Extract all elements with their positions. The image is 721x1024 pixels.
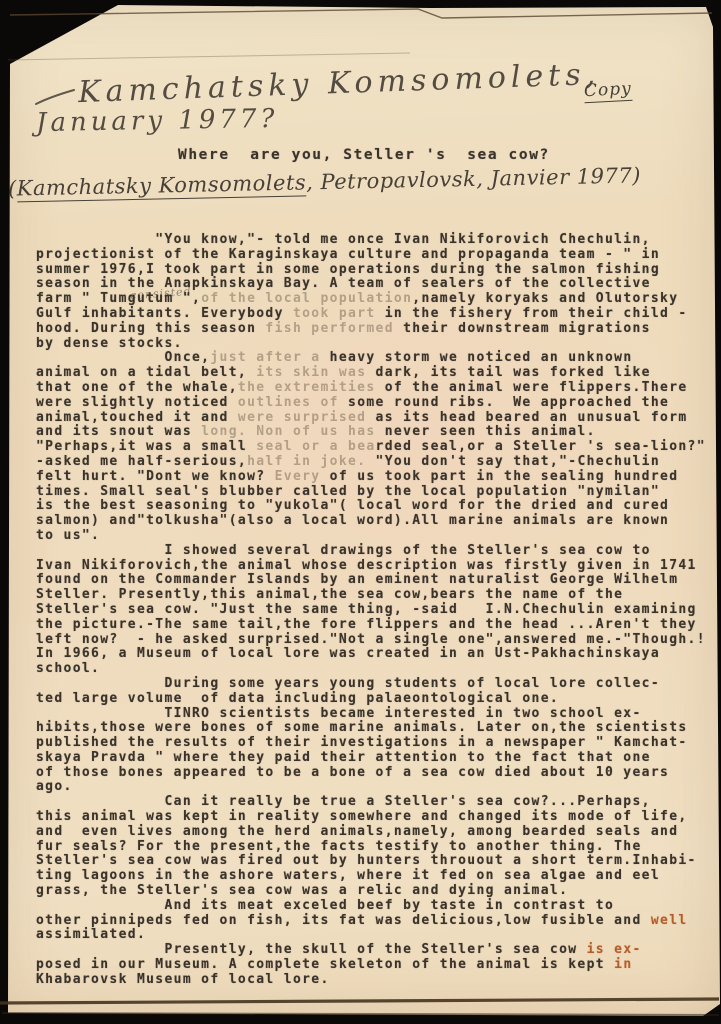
body-line: posed in our Museum. A complete skeleton… [36, 958, 718, 973]
body-line: And its meat exceled beef by taste in co… [36, 899, 718, 914]
body-line: felt hurt. "Dont we know? Every of us to… [36, 470, 718, 485]
document-title: Where are you, Steller 's sea cow? [178, 147, 550, 163]
body-line: hibits,those were bones of some marine a… [36, 721, 718, 736]
body-line: Steller. Presently,this animal,the sea c… [36, 588, 718, 603]
body-line: found on the Commander Islands by an emi… [36, 573, 718, 588]
body-line: is the best seasoning to "yukola"( local… [36, 499, 718, 514]
body-line: that one of the whale,the extremities of… [36, 381, 718, 396]
body-line: were slightly noticed outlines of some r… [36, 396, 718, 411]
body-line: grass, the Steller's sea cow was a relic… [36, 884, 718, 899]
body-line: Khabarovsk Museum of local lore. [36, 973, 718, 988]
body-line: Gulf inhabitants. Everybody took part in… [36, 307, 718, 322]
body-line: this animal was kept in reality somewher… [36, 810, 718, 825]
body-line: farm " Tumgutum ",of the local populatio… [36, 292, 718, 307]
body-line: "You know,"- told me once Ivan Nikiforov… [36, 233, 718, 248]
body-line: season in the Anapkinskaya Bay. A team o… [36, 277, 718, 292]
body-line: published the results of their investiga… [36, 736, 718, 751]
body-line: "Perhaps,it was a small seal or a bearde… [36, 440, 718, 455]
body-line: skaya Pravda " where they paid their att… [36, 751, 718, 766]
body-line: Steller's sea cow. "Just the same thing,… [36, 603, 718, 618]
body-line: of those bones appeared to be a bone of … [36, 766, 718, 781]
body-line: animal on a tidal belt, its skin was dar… [36, 366, 718, 381]
body-line: projectionist of the Karaginskaya cultur… [36, 248, 718, 263]
body-line: and even lives among the herd animals,na… [36, 825, 718, 840]
handwritten-copy-label: Copy [583, 79, 632, 103]
body-line: school. [36, 662, 718, 677]
handwritten-date: January 1977? [36, 104, 279, 138]
body-line: In 1966, a Museum of local lore was crea… [36, 647, 718, 662]
body-line: ting lagoons in the ashore waters, where… [36, 869, 718, 884]
body-line: During some years young students of loca… [36, 677, 718, 692]
body-line: Can it really be true a Steller's sea co… [36, 795, 718, 810]
body-line: the picture.-The same tail,the fore flip… [36, 618, 718, 633]
body-text: "You know,"- told me once Ivan Nikiforov… [36, 233, 718, 988]
body-line: salmon) and"tolkusha"(also a local word)… [36, 514, 718, 529]
body-line: I showed several drawings of the Steller… [36, 544, 718, 559]
body-line: ted large volume of data including palae… [36, 692, 718, 707]
body-line: to us". [36, 529, 718, 544]
citation-open-paren: ( [8, 176, 17, 200]
body-line: and its snout was long. Non of us has ne… [36, 425, 718, 440]
body-line: Once,just after a heavy storm we noticed… [36, 351, 718, 366]
body-line: hood. During this season fish performed … [36, 322, 718, 337]
body-line: -asked me half-serious,half in joke. "Yo… [36, 455, 718, 470]
body-line: Presently, the skull of the Steller's se… [36, 943, 718, 958]
